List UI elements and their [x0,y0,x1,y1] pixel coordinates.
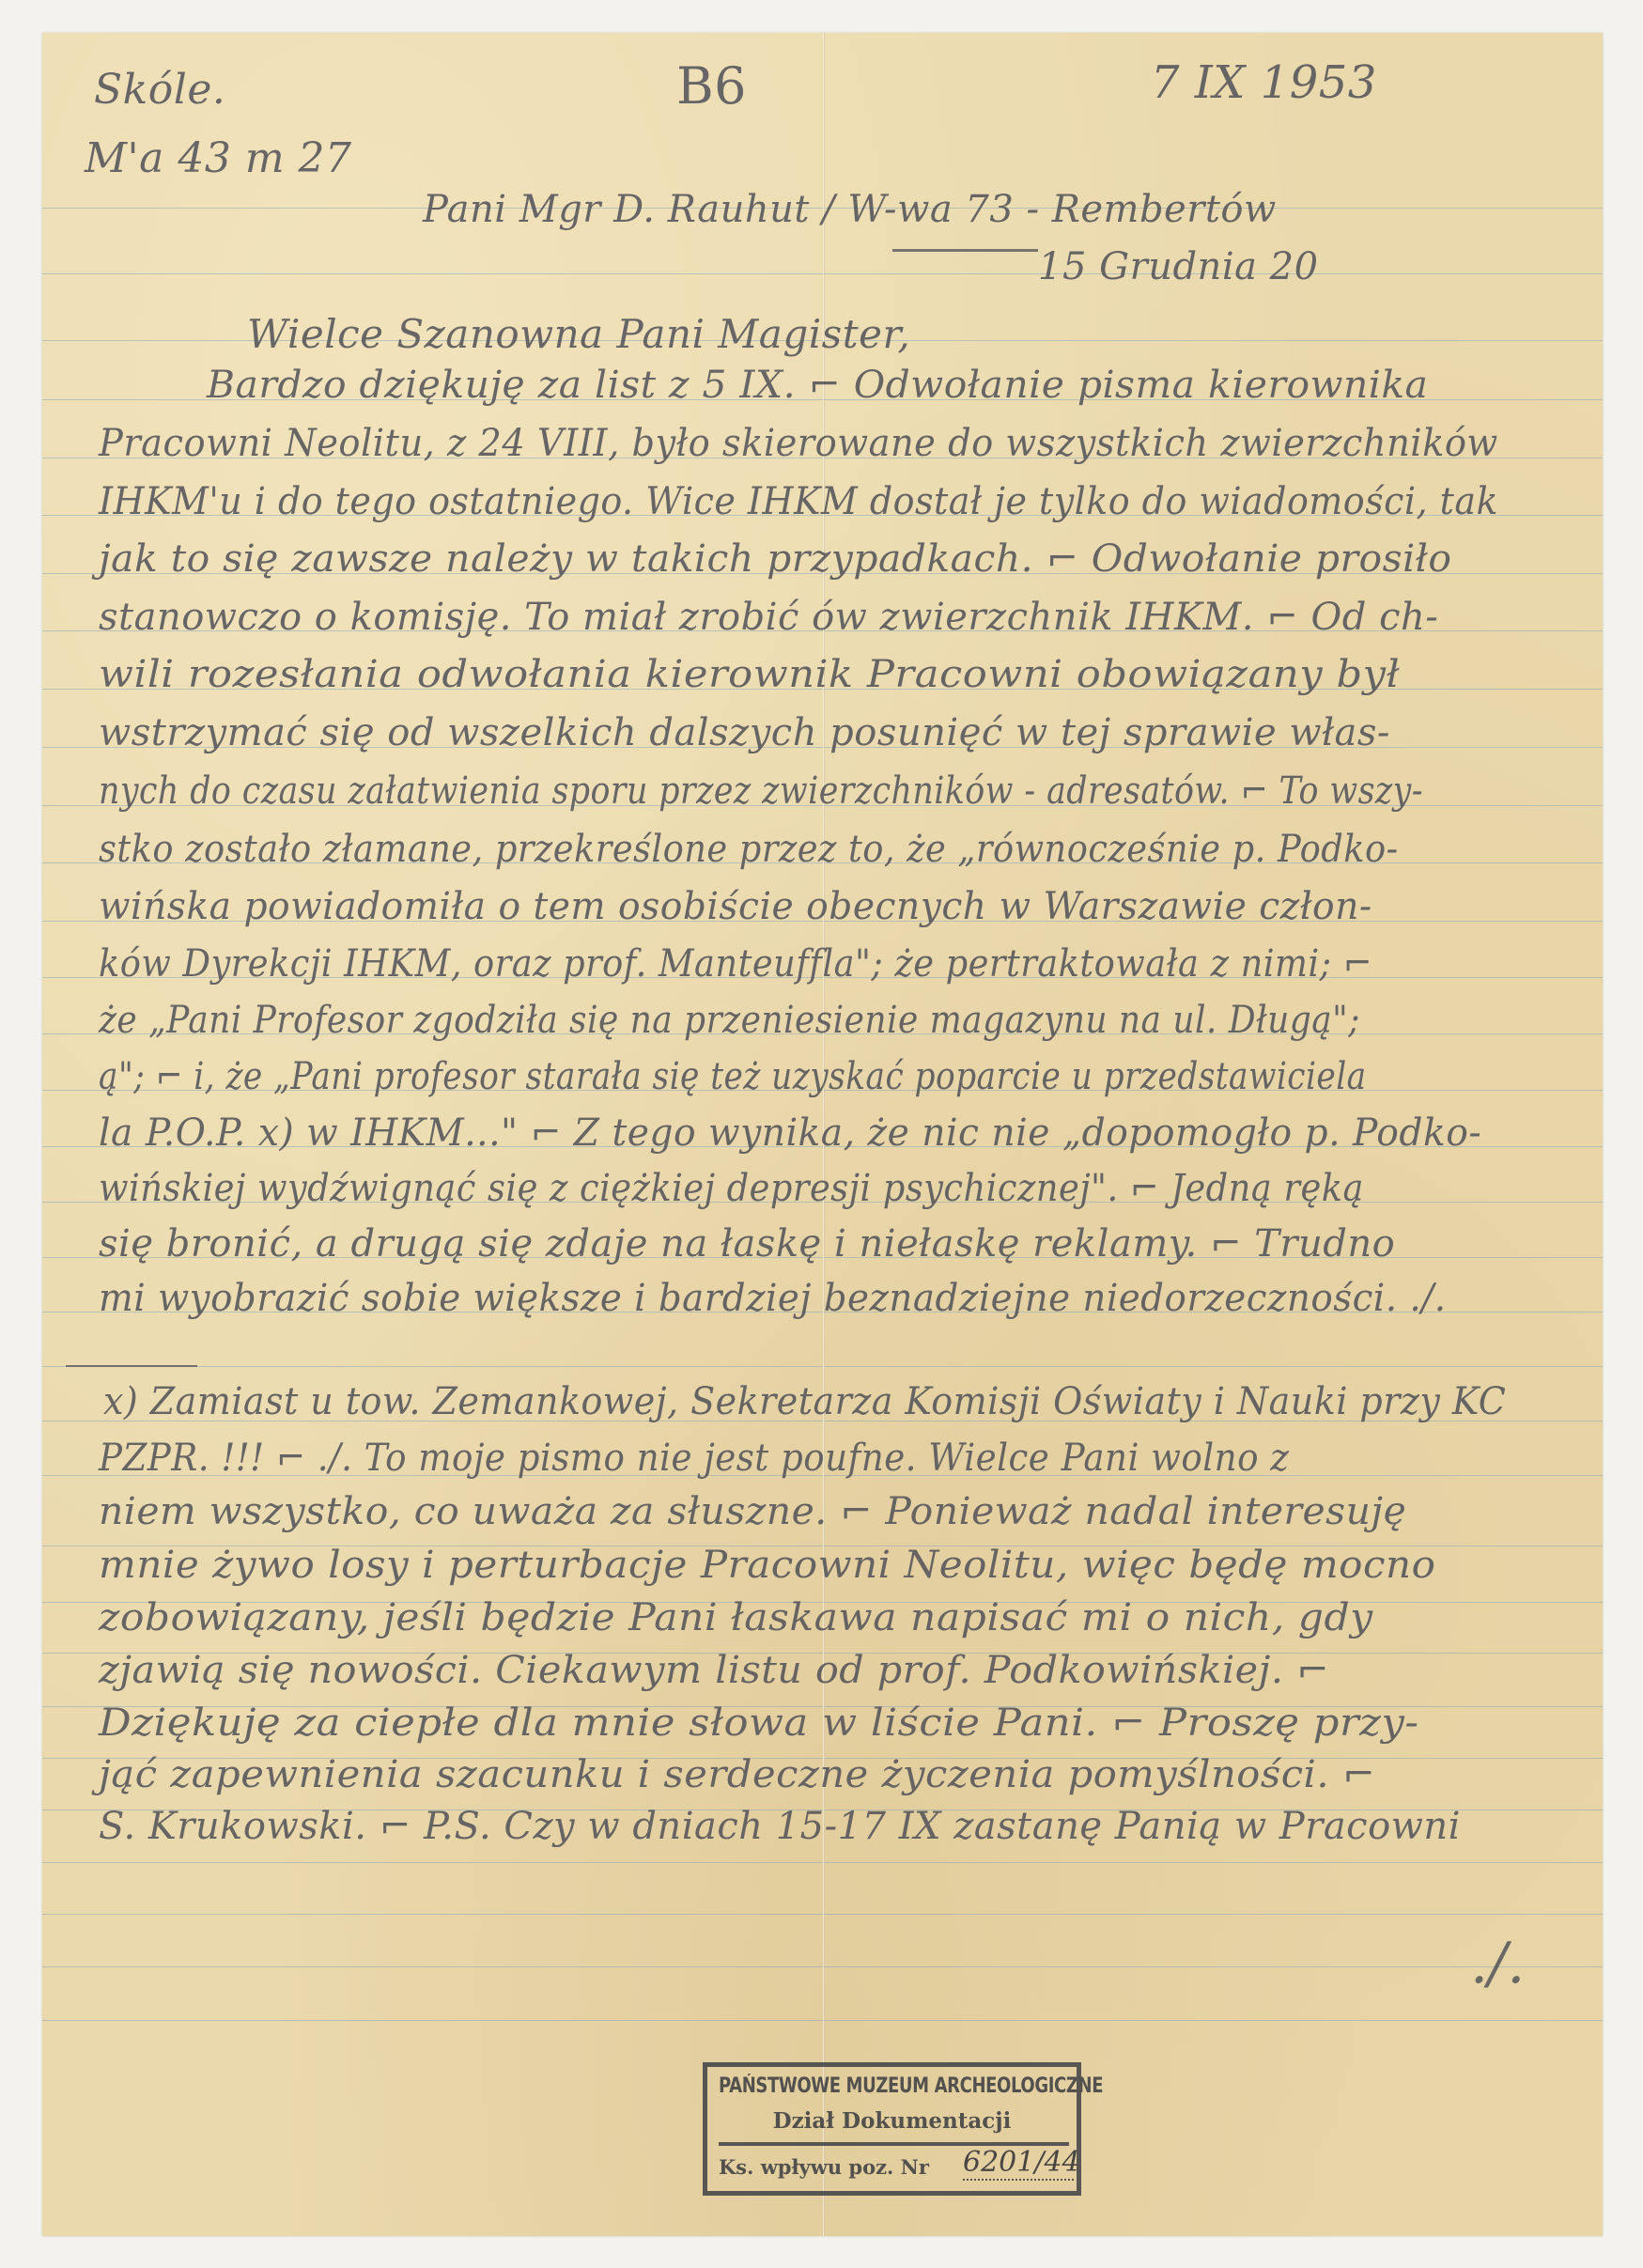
signature-and-postscript: S. Krukowski. ⌐ P.S. Czy w dniach 15-17 … [99,1805,1461,1848]
top-left-note-2: M'a 43 m 27 [85,134,352,182]
body-line: wili rozesłania odwołania kierownik Prac… [99,653,1400,696]
body-line: Pracowni Neolitu, z 24 VIII, było skiero… [99,422,1498,465]
address-underline [892,249,1038,252]
archive-stamp: PAŃSTWOWE MUZEUM ARCHEOLOGICZNE Dział Do… [703,2062,1081,2196]
footnote-line: Dziękuję za ciepłe dla mnie słowa w liśc… [99,1701,1419,1745]
closing-mark: ./. [1470,1931,1525,1996]
body-line: Bardzo dziękuję za list z 5 IX. ⌐ Odwoła… [207,364,1428,407]
footnote-line: zjawią się nowości. Ciekawym listu od pr… [99,1649,1329,1692]
footnote-line: x) Zamiast u tow. Zemankowej, Sekretarza… [103,1380,1506,1423]
body-line: IHKM'u i do tego ostatniego. Wice IHKM d… [99,480,1498,523]
footnote-line: mnie żywo losy i perturbacje Pracowni Ne… [99,1544,1435,1587]
footnote-line: zobowiązany, jeśli będzie Pani łaskawa n… [99,1596,1373,1639]
body-line: ków Dyrekcji IHKM, oraz prof. Manteuffla… [99,942,1372,986]
body-line: la P.O.P. x) w IHKM..." ⌐ Z tego wynika,… [99,1111,1481,1155]
stamp-entry-label: Ks. wpływu poz. Nr [719,2155,929,2179]
footnote-line: PZPR. !!! ⌐ ./. To moje pismo nie jest p… [99,1437,1289,1480]
body-line: stko zostało złamane, przekreślone przez… [99,828,1399,871]
body-line: jak to się zawsze należy w takich przypa… [99,537,1451,581]
body-line: nych do czasu załatwienia sporu przez zw… [99,769,1423,813]
addressee-line-2: 15 Grudnia 20 [1038,245,1319,288]
addressee-line-1: Pani Mgr D. Rauhut / W-wa 73 - Rembertów [423,188,1277,231]
footnote-separator [66,1365,197,1367]
top-left-note-1: Skóle. [94,66,225,114]
letter-paper: Skóle. M'a 43 m 27 B6 7 IX 1953 Pani Mgr… [42,33,1603,2236]
stamp-entry-number: 6201/44 [963,2146,1074,2181]
salutation: Wielce Szanowna Pani Magister, [247,311,910,357]
body-line: wińskiej wydźwignąć się z ciężkiej depre… [99,1167,1364,1210]
footnote-line: jąć zapewnienia szacunku i serdeczne życ… [99,1753,1375,1796]
body-line: że „Pani Profesor zgodziła się na przeni… [99,999,1360,1042]
body-line: wstrzymać się od wszelkich dalszych posu… [99,711,1390,754]
letter-date: 7 IX 1953 [1151,56,1377,109]
body-line: mi wyobrazić sobie większe i bardziej be… [99,1277,1447,1320]
body-line: stanowczo o komisję. To miał zrobić ów z… [99,596,1438,639]
stamp-department: Dział Dokumentacji [707,2108,1077,2134]
stamp-museum-name: PAŃSTWOWE MUZEUM ARCHEOLOGICZNE [719,2074,1003,2098]
body-line: się bronić, a drugą się zdaje na łaskę i… [99,1222,1395,1266]
footnote-line: niem wszystko, co uważa za słuszne. ⌐ Po… [99,1490,1406,1533]
archive-code: B6 [676,56,747,116]
body-line: wińska powiadomiła o tem osobiście obecn… [99,885,1372,928]
body-line: ą"; ⌐ i, że „Pani profesor starała się t… [99,1055,1367,1098]
